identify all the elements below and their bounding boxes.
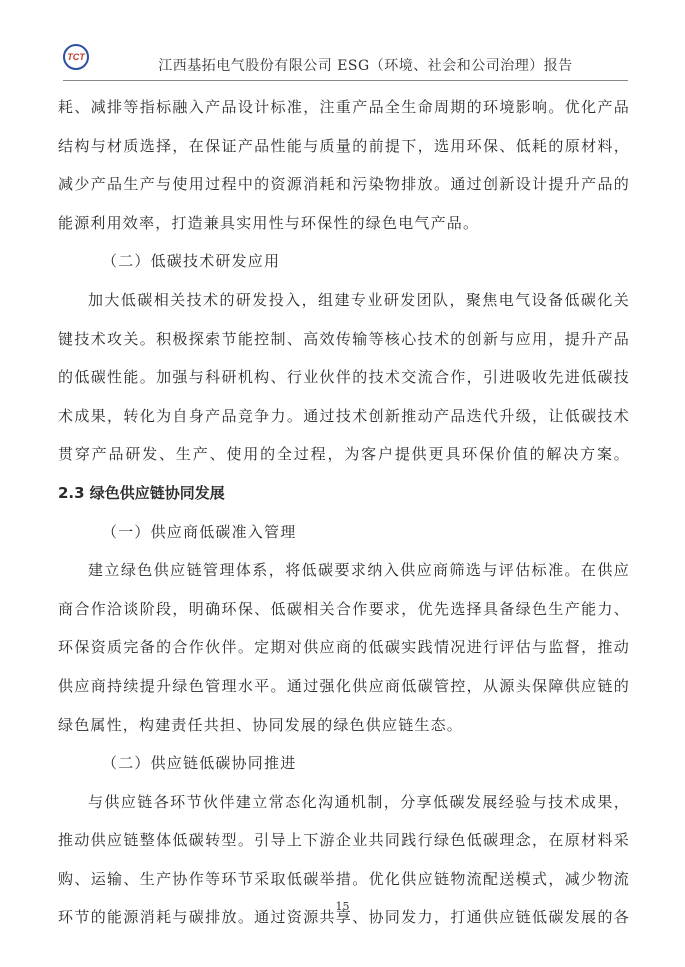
header-divider: [63, 80, 628, 81]
page-number: 15: [0, 900, 685, 913]
body-line: 绿色属性，构建责任共担、协同发展的绿色供应链生态。: [58, 706, 630, 745]
body-line: 键技术攻关。积极探索节能控制、高效传输等核心技术的创新与应用，提升产品: [58, 320, 630, 359]
header-title: 江西基拓电气股份有限公司 ESG（环境、社会和公司治理）报告: [63, 55, 628, 75]
subheading-supplier-admission: （一）供应商低碳准入管理: [58, 513, 630, 552]
body-line: 结构与材质选择，在保证产品性能与质量的前提下，选用环保、低耗的原材料，: [58, 127, 630, 166]
body-line: 推动供应链整体低碳转型。引导上下游企业共同践行绿色低碳理念，在原材料采: [58, 821, 630, 860]
body-line: 的低碳性能。加强与科研机构、行业伙伴的技术交流合作，引进吸收先进低碳技: [58, 358, 630, 397]
body-line: 建立绿色供应链管理体系，将低碳要求纳入供应商筛选与评估标准。在供应: [58, 551, 630, 590]
body-line: 减少产品生产与使用过程中的资源消耗和污染物排放。通过创新设计提升产品的: [58, 165, 630, 204]
page-header: TCT 江西基拓电气股份有限公司 ESG（环境、社会和公司治理）报告: [63, 44, 628, 78]
body-line: 贯穿产品研发、生产、使用的全过程，为客户提供更具环保价值的解决方案。: [58, 435, 630, 474]
body-line: 商合作洽谈阶段，明确环保、低碳相关合作要求，优先选择具备绿色生产能力、: [58, 590, 630, 629]
body-line: 能源利用效率，打造兼具实用性与环保性的绿色电气产品。: [58, 204, 630, 243]
page-body: 耗、减排等指标融入产品设计标准，注重产品全生命周期的环境影响。优化产品 结构与材…: [58, 88, 630, 937]
section-heading: 2.3 绿色供应链协同发展: [58, 474, 630, 513]
body-line: 术成果，转化为自身产品竞争力。通过技术创新推动产品迭代升级，让低碳技术: [58, 397, 630, 436]
subheading-supply-chain-collaboration: （二）供应链低碳协同推进: [58, 744, 630, 783]
body-line: 环保资质完备的合作伙伴。定期对供应商的低碳实践情况进行评估与监督，推动: [58, 628, 630, 667]
body-line: 供应商持续提升绿色管理水平。通过强化供应商低碳管控，从源头保障供应链的: [58, 667, 630, 706]
body-line: 与供应链各环节伙伴建立常态化沟通机制，分享低碳发展经验与技术成果，: [58, 783, 630, 822]
body-line: 耗、减排等指标融入产品设计标准，注重产品全生命周期的环境影响。优化产品: [58, 88, 630, 127]
subheading-low-carbon-rd: （二）低碳技术研发应用: [58, 242, 630, 281]
body-line: 加大低碳相关技术的研发投入，组建专业研发团队，聚焦电气设备低碳化关: [58, 281, 630, 320]
body-line: 购、运输、生产协作等环节采取低碳举措。优化供应链物流配送模式，减少物流: [58, 860, 630, 899]
